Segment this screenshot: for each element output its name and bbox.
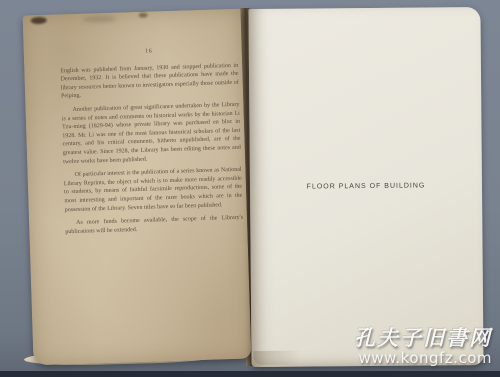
page-damage-spot (31, 17, 47, 24)
page-damage-spot (83, 16, 117, 23)
page-damage-spot (139, 13, 148, 18)
left-page-text-block: 16 English was published from January, 1… (60, 45, 244, 242)
watermark: 孔夫子旧書网 www.kongfz.com (354, 326, 492, 367)
watermark-site-name: 孔夫子旧書网 (354, 326, 492, 350)
page-title: FLOOR PLANS OF BUILDING (250, 182, 482, 191)
body-paragraph: As more funds become available, the scop… (65, 214, 243, 237)
body-paragraph: Of particular interest is the publicatio… (63, 166, 242, 215)
left-page: 16 English was published from January, 1… (23, 9, 252, 366)
right-page: FLOOR PLANS OF BUILDING (248, 7, 483, 367)
photo-bottom-edge (0, 371, 500, 377)
watermark-site-url: www.kongfz.com (354, 350, 492, 367)
book-photo: 16 English was published from January, 1… (0, 0, 500, 377)
page-number: 16 (60, 45, 238, 59)
body-paragraph: Another publication of great significanc… (61, 101, 241, 167)
page-corner-shadow (253, 351, 299, 365)
body-paragraph: English was published from January, 1930… (60, 61, 239, 101)
